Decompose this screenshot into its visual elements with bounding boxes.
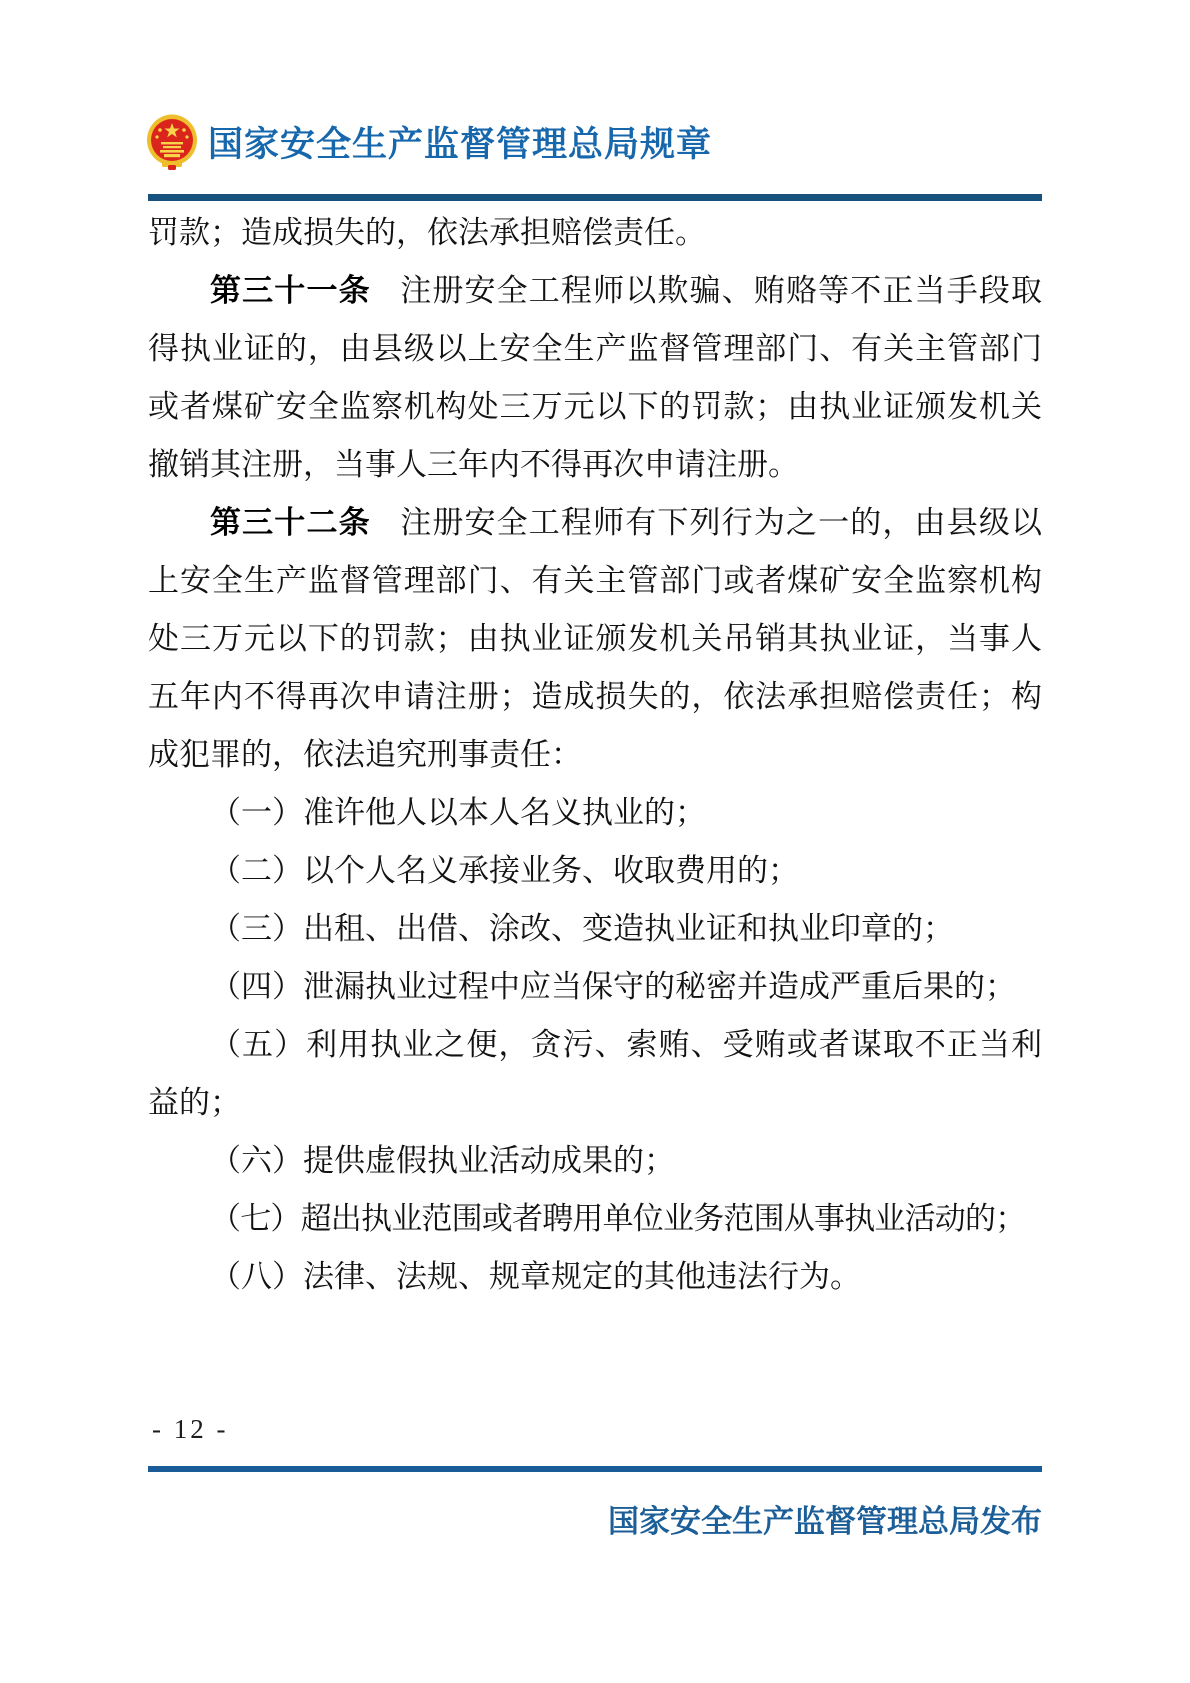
article-32-label: 第三十二条 [210,505,371,540]
list-item-7: （七）超出执业范围或者聘用单位业务范围从事执业活动的； [148,1190,1042,1248]
document-header: 国家安全生产监督管理总局规章 [146,114,712,170]
list-item-5: （五）利用执业之便，贪污、索贿、受贿或者谋取不正当利益的； [148,1016,1042,1132]
header-title: 国家安全生产监督管理总局规章 [208,117,712,167]
article-31-label: 第三十一条 [210,273,371,308]
list-item-2: （二）以个人名义承接业务、收取费用的； [148,842,1042,900]
article-32-paragraph: 第三十二条注册安全工程师有下列行为之一的，由县级以上安全生产监督管理部门、有关主… [148,494,1042,784]
article-32-text: 注册安全工程师有下列行为之一的，由县级以上安全生产监督管理部门、有关主管部门或者… [148,505,1042,772]
list-item-3: （三）出租、出借、涂改、变造执业证和执业印章的； [148,900,1042,958]
china-national-emblem-icon [146,114,198,170]
paragraph-intro: 罚款；造成损失的，依法承担赔偿责任。 [148,204,1042,262]
article-31-paragraph: 第三十一条注册安全工程师以欺骗、贿赂等不正当手段取得执业证的，由县级以上安全生产… [148,262,1042,494]
list-item-1: （一）准许他人以本人名义执业的； [148,784,1042,842]
document-body: 罚款；造成损失的，依法承担赔偿责任。 第三十一条注册安全工程师以欺骗、贿赂等不正… [148,204,1042,1306]
list-item-8: （八）法律、法规、规章规定的其他违法行为。 [148,1248,1042,1306]
page-number: - 12 - [152,1414,228,1445]
footer-divider [148,1466,1042,1472]
header-divider [148,194,1042,201]
list-item-6: （六）提供虚假执业活动成果的； [148,1132,1042,1190]
publisher-line: 国家安全生产监督管理总局发布 [608,1496,1042,1541]
document-page: 国家安全生产监督管理总局规章 罚款；造成损失的，依法承担赔偿责任。 第三十一条注… [0,0,1190,1683]
list-item-4: （四）泄漏执业过程中应当保守的秘密并造成严重后果的； [148,958,1042,1016]
